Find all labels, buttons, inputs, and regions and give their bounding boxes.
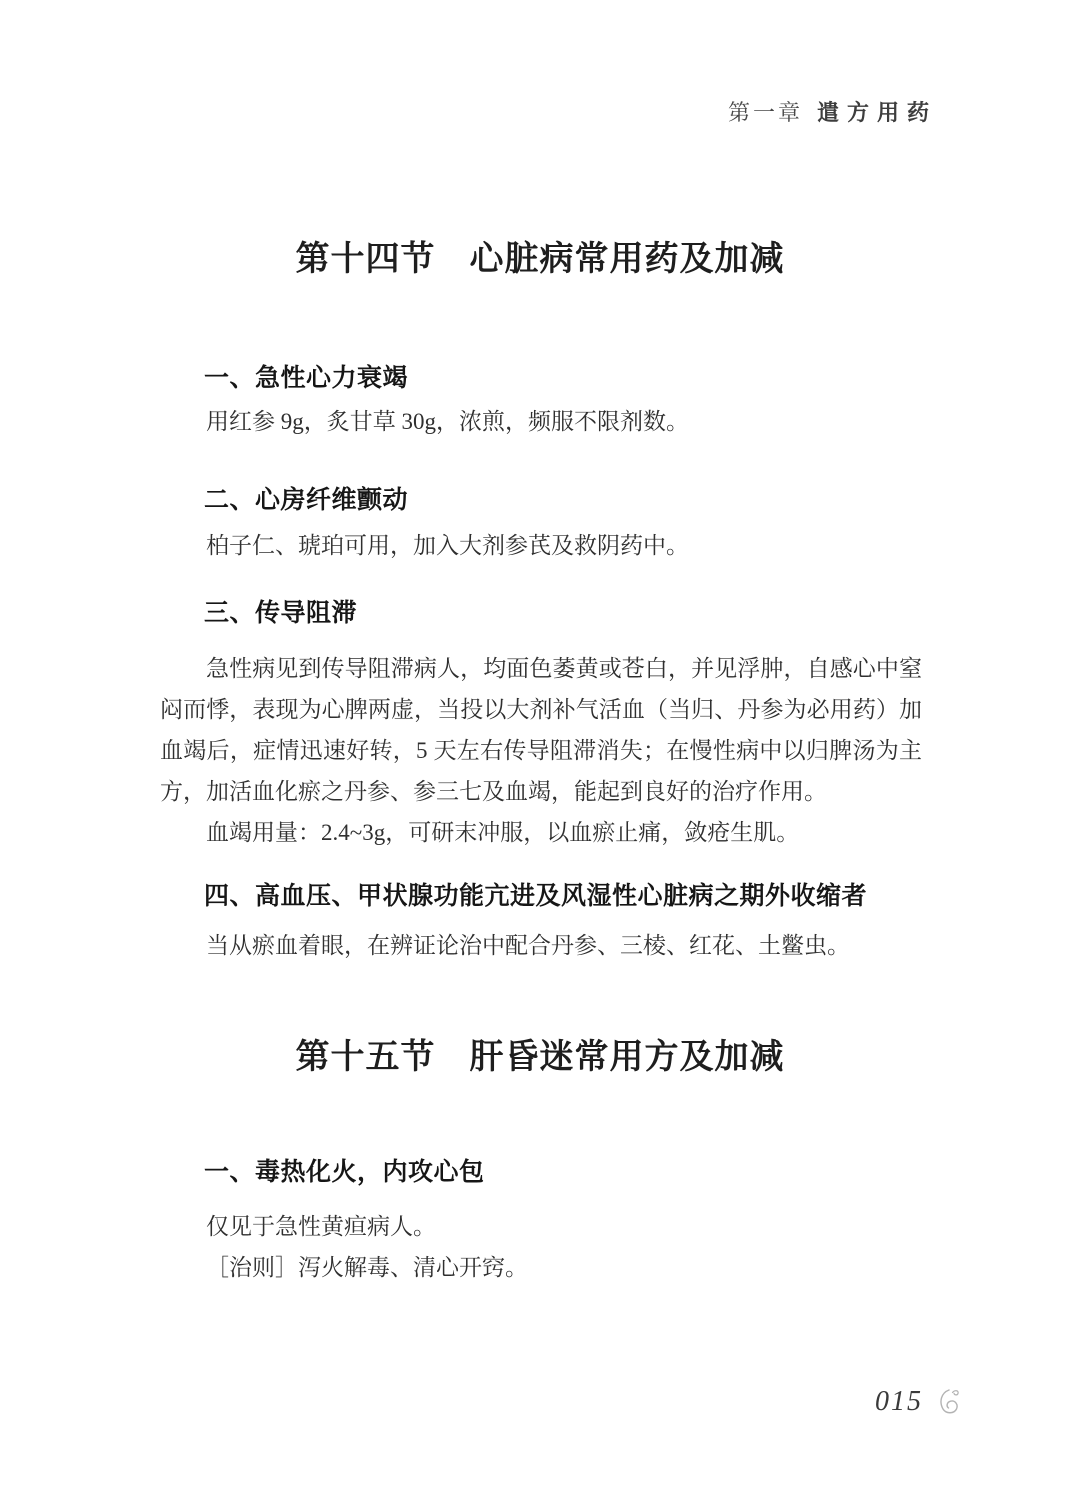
section14-title-text: 心脏病常用药及加减 [470, 241, 785, 278]
paragraph: 当从瘀血着眼，在辨证论治中配合丹参、三棱、红花、土鳖虫。 [160, 925, 922, 966]
subheading-toxic-heat-pericardium: 一、毒热化火，内攻心包 [204, 1152, 485, 1188]
running-header: 第一章遣方用药 [728, 96, 937, 127]
book-page: { "header": { "chapter": "第一章", "book_se… [0, 0, 1080, 1510]
paragraph-block: 用红参 9g，炙甘草 30g，浓煎，频服不限剂数。 [160, 401, 922, 442]
subheading-conduction-block: 三、传导阻滞 [204, 593, 357, 629]
subheading-acute-heart-failure: 一、急性心力衰竭 [204, 358, 408, 394]
subheading-atrial-fibrillation: 二、心房纤维颤动 [204, 480, 408, 516]
section15-number: 第十五节 [296, 1039, 436, 1076]
section15-title-text: 肝昏迷常用方及加减 [470, 1039, 785, 1076]
paragraph: 血竭用量：2.4~3g，可研末冲服，以血瘀止痛，敛疮生肌。 [160, 812, 922, 853]
page-number: 015 [875, 1386, 923, 1418]
paragraph: 急性病见到传导阻滞病人，均面色萎黄或苍白，并见浮肿，自感心中窒闷而悸，表现为心脾… [160, 648, 922, 812]
paragraph-block: 仅见于急性黄疸病人。 ［治则］泻火解毒、清心开窍。 [160, 1206, 922, 1288]
paragraph-block: 急性病见到传导阻滞病人，均面色萎黄或苍白，并见浮肿，自感心中窒闷而悸，表现为心脾… [160, 648, 922, 853]
section15-title: 第十五节肝昏迷常用方及加减 [0, 1029, 1080, 1078]
paragraph: 柏子仁、琥珀可用，加入大剂参芪及救阴药中。 [160, 525, 922, 566]
chapter-label: 第一章 [728, 100, 803, 125]
subheading-hypertension-extrasystole: 四、高血压、甲状腺功能亢进及风湿性心脏病之期外收缩者 [204, 876, 867, 912]
leaf-ornament-icon [935, 1387, 962, 1417]
section14-number: 第十四节 [296, 241, 436, 278]
paragraph: ［治则］泻火解毒、清心开窍。 [160, 1247, 922, 1288]
paragraph-block: 柏子仁、琥珀可用，加入大剂参芪及救阴药中。 [160, 525, 922, 566]
paragraph: 用红参 9g，炙甘草 30g，浓煎，频服不限剂数。 [160, 401, 922, 442]
page-footer: 015 [875, 1386, 962, 1418]
paragraph-block: 当从瘀血着眼，在辨证论治中配合丹参、三棱、红花、土鳖虫。 [160, 925, 922, 966]
chapter-title-label: 遣方用药 [817, 100, 937, 125]
paragraph: 仅见于急性黄疸病人。 [160, 1206, 922, 1247]
section14-title: 第十四节心脏病常用药及加减 [0, 231, 1080, 280]
